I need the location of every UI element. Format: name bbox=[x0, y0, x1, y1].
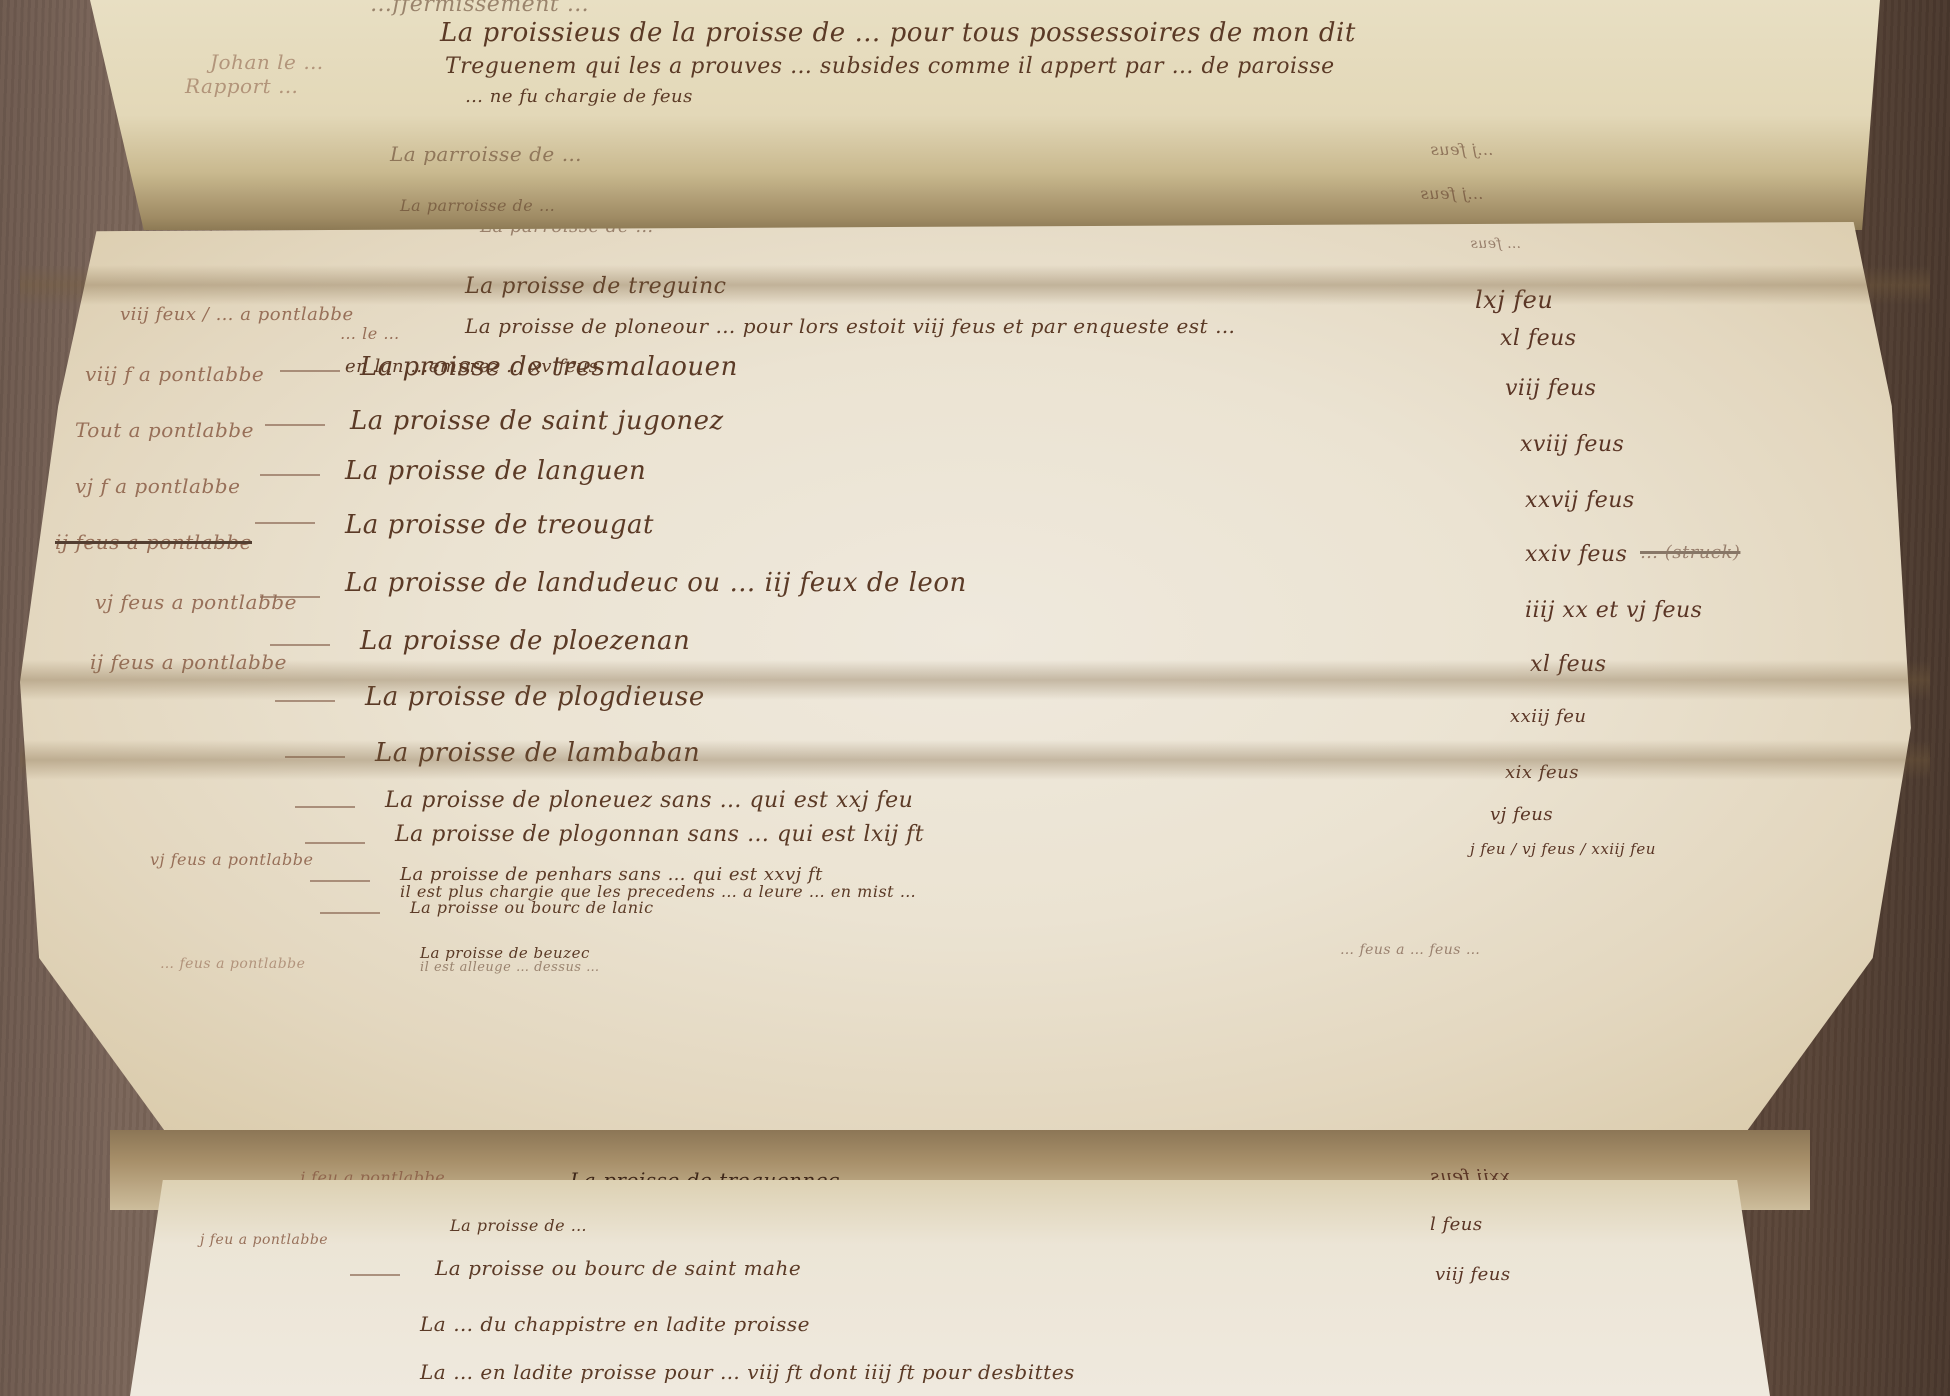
entry-dash bbox=[295, 806, 355, 808]
entry-text: La proisse de tresmalaouen bbox=[360, 352, 738, 382]
entry-count: … feus a … feus … bbox=[1340, 942, 1480, 958]
entry-count: vj feus bbox=[1490, 804, 1553, 825]
entry-margin: vj feus a pontlabbe bbox=[150, 850, 313, 869]
entry-text: La proisse de languen bbox=[345, 456, 646, 486]
entry-text: La proisse de treougat bbox=[345, 510, 654, 540]
entry-text: La proisse de ploneour … pour lors estoi… bbox=[465, 314, 1235, 338]
header-line-1: La proissieus de la proisse de … pour to… bbox=[440, 18, 1356, 48]
upper-fold-count-1: …j feus bbox=[1430, 140, 1493, 159]
entry-count: j feu / vj feus / xxiij feu bbox=[1470, 840, 1656, 858]
entry-margin: … feus a pontlabbe bbox=[160, 956, 305, 972]
entry-dash bbox=[320, 912, 380, 914]
fold-crease bbox=[20, 660, 1930, 700]
entry-count: xxiij feu bbox=[1510, 706, 1587, 727]
entry-margin: viij feux / … a pontlabbe bbox=[120, 304, 354, 325]
lower-fold-entry: La … en ladite proisse pour … viij ft do… bbox=[420, 1360, 1075, 1384]
entry-dash bbox=[350, 1274, 400, 1276]
upper-fold-count-3: … feus bbox=[1470, 236, 1521, 252]
entry-margin: viij f a pontlabbe bbox=[85, 362, 264, 386]
upper-fold-entry-1: La parroisse de … bbox=[390, 142, 582, 166]
lower-fold-entry: La proisse de … bbox=[450, 1216, 587, 1235]
fold-crease bbox=[20, 740, 1930, 780]
entry-text: La proisse de landudeuc ou … iij feux de… bbox=[345, 568, 967, 598]
lower-fold-count: viij feus bbox=[1435, 1264, 1511, 1285]
header-margin-note-2: Rapport … bbox=[185, 74, 299, 98]
upper-fold-count-2: …j feus bbox=[1420, 184, 1483, 203]
entry-margin: vj f a pontlabbe bbox=[75, 474, 240, 498]
entry-margin: vj feus a pontlabbe bbox=[95, 590, 297, 614]
entry-text: La proisse de ploneuez sans … qui est xx… bbox=[385, 788, 913, 813]
entry-margin-2: … le … bbox=[340, 324, 400, 343]
entry-text: La proisse de plogonnan sans … qui est l… bbox=[395, 822, 924, 847]
lower-fold-margin: j feu a pontlabbe bbox=[200, 1232, 328, 1248]
upper-fold-entry-2: La parroisse de … bbox=[400, 196, 555, 215]
entry-text: La proisse de ploezenan bbox=[360, 626, 690, 656]
entry-dash bbox=[275, 700, 335, 702]
entry-text: La proisse de saint jugonez bbox=[350, 406, 724, 436]
parchment-top-section: …ffermissement … La proissieus de la pro… bbox=[90, 0, 1880, 230]
entry-dash bbox=[265, 424, 325, 426]
fold-crease bbox=[20, 265, 1930, 305]
header-line-2: Treguenem qui les a prouves … subsides c… bbox=[445, 54, 1335, 79]
entry-dash bbox=[260, 596, 320, 598]
entry-count: xxiv feus bbox=[1525, 542, 1627, 567]
lower-fold-entry: La … du chappistre en ladite proisse bbox=[420, 1312, 810, 1336]
entry-text-continuation: il est alleuge … dessus … bbox=[420, 960, 600, 975]
entry-count: xl feus bbox=[1500, 326, 1577, 351]
entry-dash bbox=[260, 474, 320, 476]
entry-dash bbox=[270, 644, 330, 646]
lower-fold-entry: La proisse ou bourc de saint mahe bbox=[435, 1256, 801, 1280]
struck-count-note: … (struck) bbox=[1640, 542, 1740, 563]
entry-dash bbox=[310, 880, 370, 882]
entry-count: iiij xx et vj feus bbox=[1525, 598, 1702, 623]
entry-dash bbox=[305, 842, 365, 844]
lower-fold-count: l feus bbox=[1430, 1214, 1483, 1235]
header-margin-note-1: Johan le … bbox=[210, 50, 324, 74]
entry-count: xxvij feus bbox=[1525, 488, 1635, 513]
header-line-3: … ne fu chargie de feus bbox=[465, 86, 693, 107]
parchment-bottom-section: j feu a pontlabbe La proisse de … l feus… bbox=[130, 1180, 1770, 1396]
entry-dash bbox=[255, 522, 315, 524]
entry-count: xviij feus bbox=[1520, 432, 1624, 457]
entry-margin: Tout a pontlabbe bbox=[75, 418, 254, 442]
entry-dash bbox=[280, 370, 340, 372]
entry-text: La proisse ou bourc de lanic bbox=[410, 898, 654, 917]
header-fragment: …ffermissement … bbox=[370, 0, 589, 17]
entry-margin-struck: ij feus a pontlabbe bbox=[55, 530, 252, 554]
entry-count: viij feus bbox=[1505, 376, 1596, 401]
